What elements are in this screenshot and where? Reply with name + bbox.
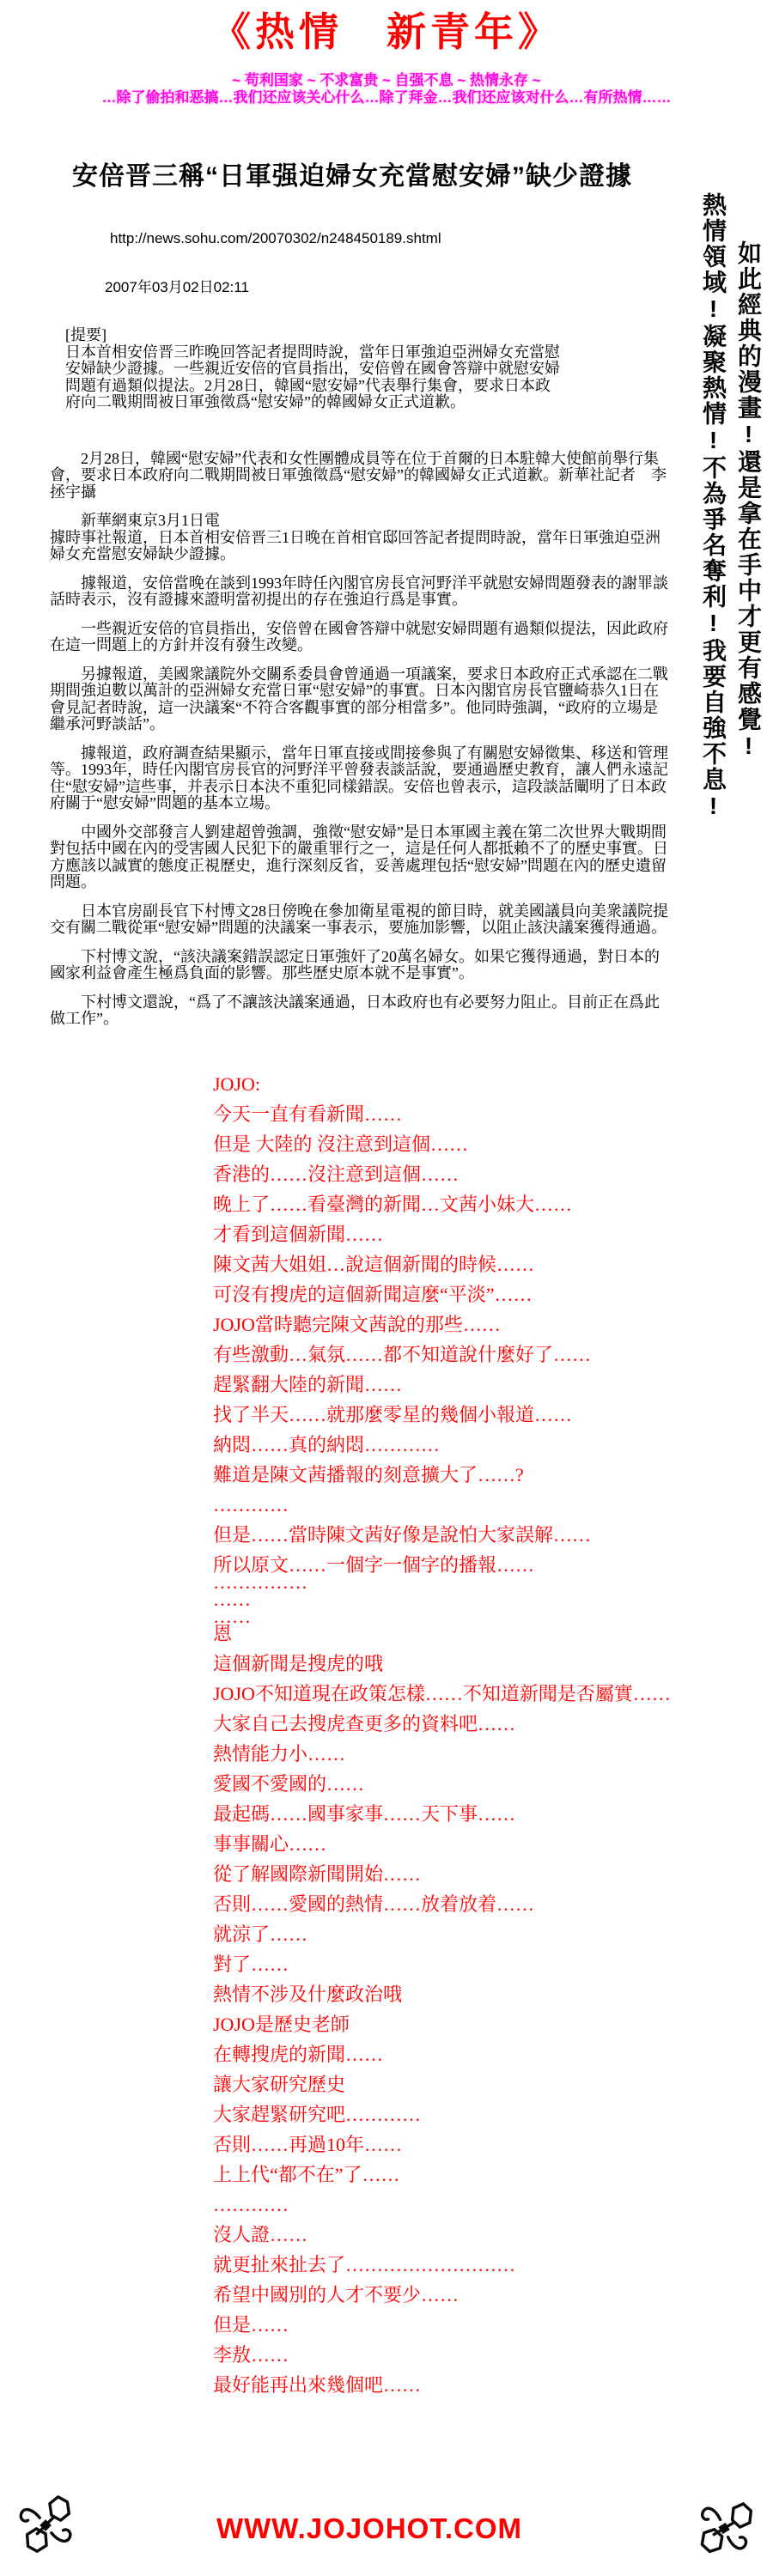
article-paragraph: 據時事社報道，日本首相安倍晋三1日晚在首相官邸回答記者提問時說，當年日軍強迫亞洲… <box>50 530 672 563</box>
article-paragraph: 中國外交部發言人劉建超曾強調，強徵“慰安婦”是日本軍國主義在第二次世界大戰期間對… <box>50 824 672 891</box>
comment-line: 希望中國別的人才不要少…… <box>213 2285 773 2305</box>
motto-line-2: …除了偷拍和恶搞…我们还应该关心什么…除了拜金…我们还应该对什么…有所热情…… <box>0 89 773 106</box>
abstract-label: [提要] <box>65 327 565 344</box>
comment-line: 但是 大陸的 沒注意到這個…… <box>213 1134 773 1154</box>
site-url: WWW.JOJOHOT.COM <box>0 2512 739 2545</box>
comment-line: 就涼了…… <box>213 1924 773 1944</box>
vertical-slogan-line-2: 熱情領域!凝聚熱情!不為爭名奪利!我要自強不息! <box>696 192 731 821</box>
comment-line: 熱情能力小…… <box>213 1744 773 1764</box>
comment-line: 大家自己去搜虎查更多的資料吧…… <box>213 1714 773 1734</box>
article-paragraph: 下村博文還說，“爲了不讓該決議案通過，日本政府也有必要努力阻止。目前正在爲此做工… <box>50 994 672 1028</box>
comment-line: 最起碼……國事家事……天下事…… <box>213 1804 773 1824</box>
comment-line: 找了半天……就那麼零星的幾個小報道…… <box>213 1405 773 1425</box>
comment-line: ………… <box>213 2195 773 2215</box>
comment-line: 可沒有搜虎的這個新聞這麼“平淡”…… <box>213 1285 773 1304</box>
comment-line: ………… <box>213 1495 773 1515</box>
comment-line: 香港的……沒注意到這個…… <box>213 1164 773 1184</box>
article-paragraph: 據報道，政府調查結果顯示，當年日軍直接或間接參與了有關慰安婦徵集、移送和管理等。… <box>50 745 672 812</box>
comment-line: 對了…… <box>213 1954 773 1974</box>
comment-line: 讓大家研究歷史 <box>213 2075 773 2094</box>
comment-line: JOJO是歷史老師 <box>213 2014 773 2034</box>
comment-line: 難道是陳文茜播報的刻意擴大了……? <box>213 1465 773 1485</box>
comment-line: 否則……再過10年…… <box>213 2135 773 2154</box>
vertical-slogan-line-1: 如此經典的漫畫!還是拿在手中才更有感覺! <box>731 240 766 821</box>
page: { "masthead": { "title": "《热情 新青年》", "mo… <box>0 0 773 2576</box>
comment-line: 這個新聞是搜虎的哦 <box>213 1654 773 1674</box>
source-url: http://news.sohu.com/20070302/n248450189… <box>110 230 773 247</box>
article-body: 2月28日，韓國“慰安婦”代表和女性團體成員等在位于首爾的日本駐韓大使館前舉行集… <box>50 451 672 1028</box>
comment-line: 但是…… <box>213 2315 773 2335</box>
comment-line: 但是……當時陳文茜好像是說怕大家誤解…… <box>213 1525 773 1545</box>
abstract-text: 日本首相安倍晋三昨晚回答記者提問時說，當年日軍強迫亞洲婦女充當慰安婦缺少證據。一… <box>65 343 560 411</box>
comment-line: 趕緊翻大陸的新聞…… <box>213 1375 773 1394</box>
comment-line: JOJO當時聽完陳文茜說的那些…… <box>213 1315 773 1334</box>
comment-line: 從了解國際新聞開始…… <box>213 1864 773 1884</box>
comment-line: 愛國不愛國的…… <box>213 1774 773 1794</box>
comment-line: 今天一直有看新聞…… <box>213 1104 773 1124</box>
article-paragraph: 日本官房副長官下村博文28日傍晚在參加衛星電視的節目時，就美國議員向美衆議院提交… <box>50 903 672 937</box>
comment-line: 有些激動…氣氛……都不知道說什麼好了…… <box>213 1345 773 1364</box>
comment-line: 陳文茜大姐姐…說這個新聞的時候…… <box>213 1255 773 1274</box>
comment-line: 否則……愛國的熱情……放着放着…… <box>213 1894 773 1914</box>
comment-line: 事事關心…… <box>213 1834 773 1854</box>
masthead: 《热情 新青年》 ~ 苟利国家 ~ 不求富贵 ~ 自强不息 ~ 热情永存 ~ …… <box>0 0 773 106</box>
article-paragraph: 下村博文說，“該決議案錯誤認定日軍強奸了20萬名婦女。如果它獲得通過，對日本的國… <box>50 949 672 982</box>
motto-line-1: ~ 苟利国家 ~ 不求富贵 ~ 自强不息 ~ 热情永存 ~ <box>0 72 773 89</box>
comment-line: 李敖…… <box>213 2345 773 2365</box>
article-paragraph: 一些親近安倍的官員指出，安倍曾在國會答辯中就慰安婦問題有過類似提法，因此政府在這… <box>50 621 672 654</box>
site-title: 《热情 新青年》 <box>0 9 773 55</box>
article-abstract: [提要] 日本首相安倍晋三昨晚回答記者提問時說，當年日軍強迫亞洲婦女充當慰安婦缺… <box>65 327 565 411</box>
article-paragraph: 新華網東京3月1日電 <box>50 513 672 530</box>
article-paragraph: 另據報道，美國衆議院外交關系委員會曾通過一項議案，要求日本政府正式承認在二戰期間… <box>50 666 672 733</box>
comment-line: JOJO: <box>213 1074 773 1094</box>
comment-line: JOJO不知道現在政策怎樣……不知道新聞是否屬實…… <box>213 1684 773 1704</box>
article-headline: 安倍晋三稱“日軍强迫婦女充當慰安婦”缺少證據 <box>72 155 773 192</box>
comment-line: 才看到這個新聞…… <box>213 1224 773 1244</box>
comment-line: 最好能再出來幾個吧…… <box>213 2375 773 2395</box>
vertical-slogan-banner: 如此經典的漫畫!還是拿在手中才更有感覺! 熱情領域!凝聚熱情!不為爭名奪利!我要… <box>696 192 766 821</box>
comment-line: 就更扯來扯去了……………………… <box>213 2255 773 2275</box>
comment-line: 熱情不涉及什麼政治哦 <box>213 1984 773 2004</box>
comment-line: 晚上了……看臺灣的新聞…文茜小妹大…… <box>213 1194 773 1214</box>
comment-line: 在轉搜虎的新聞…… <box>213 2044 773 2064</box>
comment-line: 恩 <box>213 1624 773 1643</box>
comment-line: 沒人證…… <box>213 2225 773 2245</box>
commentary-block: JOJO: 今天一直有看新聞…… 但是 大陸的 沒注意到這個…… 香港的……沒注… <box>213 1074 773 2395</box>
comment-line: 大家趕緊研究吧………… <box>213 2105 773 2124</box>
comment-line: 上上代“都不在”了…… <box>213 2165 773 2184</box>
publish-datetime: 2007年03月02日02:11 <box>105 275 773 296</box>
article-paragraph: 2月28日，韓國“慰安婦”代表和女性團體成員等在位于首爾的日本駐韓大使館前舉行集… <box>50 451 672 501</box>
comment-line: 納悶……真的納悶………… <box>213 1435 773 1455</box>
article-paragraph: 據報道，安倍當晚在談到1993年時任內閣官房長官河野洋平就慰安婦問題發表的謝罪談… <box>50 575 672 609</box>
